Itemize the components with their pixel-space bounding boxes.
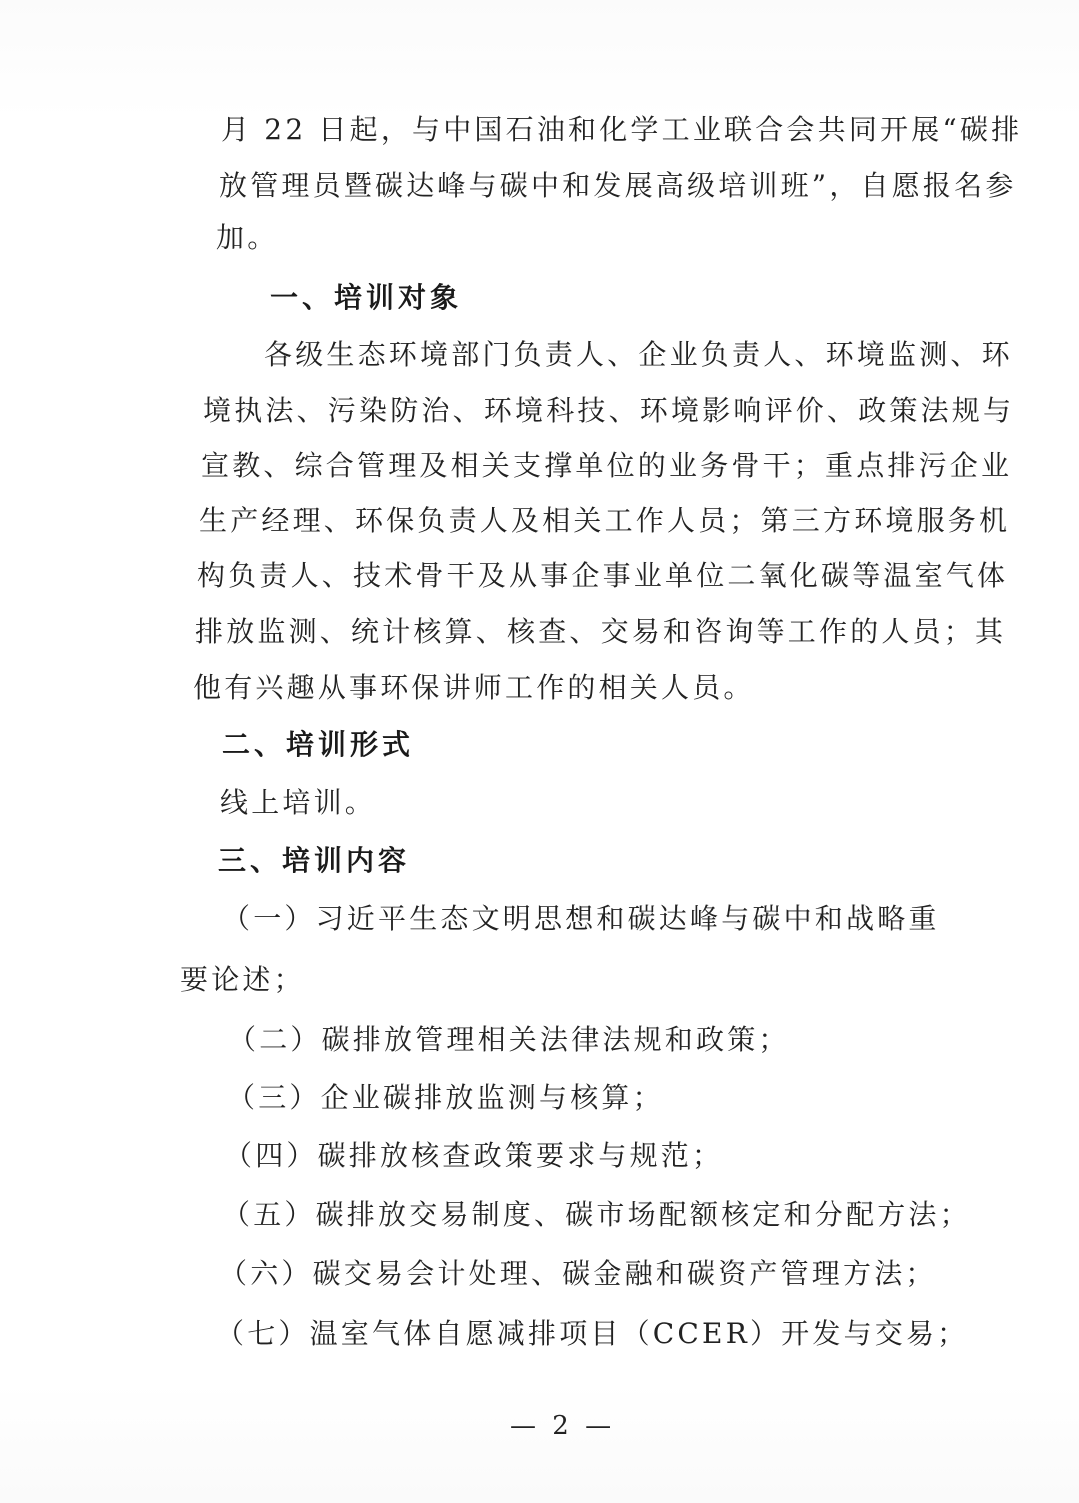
document-page: 月 22 日起，与中国石油和化学工业联合会共同开展“碳排 放管理员暨碳达峰与碳中…: [0, 0, 1079, 1503]
item-text: 碳排放核查政策要求与规范；: [318, 1139, 724, 1172]
section-1-line-1: 各级生态环境部门负责人、企业负责人、环境监测、环: [264, 337, 1013, 373]
page-number: — 2 —: [510, 1410, 615, 1442]
section-1-line-2: 境执法、污染防治、环境科技、环境影响评价、政策法规与: [203, 393, 1014, 429]
item-marker: （六）: [219, 1257, 313, 1290]
section-1-line-4: 生产经理、环保负责人及相关工作人员；第三方环境服务机: [199, 503, 1010, 539]
section-1-line-3: 宣教、综合管理及相关支撑单位的业务骨干；重点排污企业: [201, 448, 1012, 484]
item-text: 企业碳排放监测与核算；: [321, 1081, 664, 1114]
content-item-6: （六）碳交易会计处理、碳金融和碳资产管理方法；: [219, 1256, 937, 1292]
section-1-line-6: 排放监测、统计核算、核查、交易和咨询等工作的人员；其: [195, 614, 1006, 650]
content-item-1-continuation: 要论述；: [180, 962, 305, 998]
content-item-7: （七）温室气体自愿减排项目（CCER）开发与交易；: [216, 1316, 968, 1352]
item-text: 习近平生态文明思想和碳达峰与碳中和战略重: [316, 902, 940, 935]
item-text: 碳交易会计处理、碳金融和碳资产管理方法；: [313, 1257, 937, 1290]
item-marker: （五）: [222, 1198, 316, 1231]
intro-line-1: 月 22 日起，与中国石油和化学工业联合会共同开展“碳排: [221, 112, 1022, 148]
item-marker: （三）: [227, 1081, 321, 1114]
item-marker: （四）: [224, 1139, 318, 1172]
content-item-2: （二）碳排放管理相关法律法规和政策；: [228, 1022, 790, 1058]
section-2-line-1: 线上培训。: [220, 785, 376, 821]
intro-line-2: 放管理员暨碳达峰与碳中和发展高级培训班”，自愿报名参: [219, 168, 1017, 204]
section-heading-training-content: 三、培训内容: [218, 843, 410, 879]
section-1-line-5: 构负责人、技术骨干及从事企事业单位二氧化碳等温室气体: [197, 558, 1008, 594]
item-marker: （一）: [222, 902, 316, 935]
item-text: 碳排放管理相关法律法规和政策；: [322, 1023, 790, 1056]
item-text: 温室气体自愿减排项目（CCER）开发与交易；: [310, 1317, 969, 1350]
item-marker: （二）: [228, 1023, 322, 1056]
section-heading-training-targets: 一、培训对象: [270, 280, 462, 316]
section-1-line-7: 他有兴趣从事环保讲师工作的相关人员。: [193, 670, 755, 706]
content-item-3: （三）企业碳排放监测与核算；: [227, 1080, 664, 1116]
content-item-4: （四）碳排放核查政策要求与规范；: [224, 1138, 723, 1174]
content-item-1: （一）习近平生态文明思想和碳达峰与碳中和战略重: [222, 901, 940, 937]
item-marker: （七）: [216, 1317, 310, 1350]
content-item-5: （五）碳排放交易制度、碳市场配额核定和分配方法；: [222, 1197, 971, 1233]
intro-line-3: 加。: [216, 220, 278, 256]
section-heading-training-format: 二、培训形式: [222, 727, 414, 763]
item-text: 碳排放交易制度、碳市场配额核定和分配方法；: [316, 1198, 971, 1231]
